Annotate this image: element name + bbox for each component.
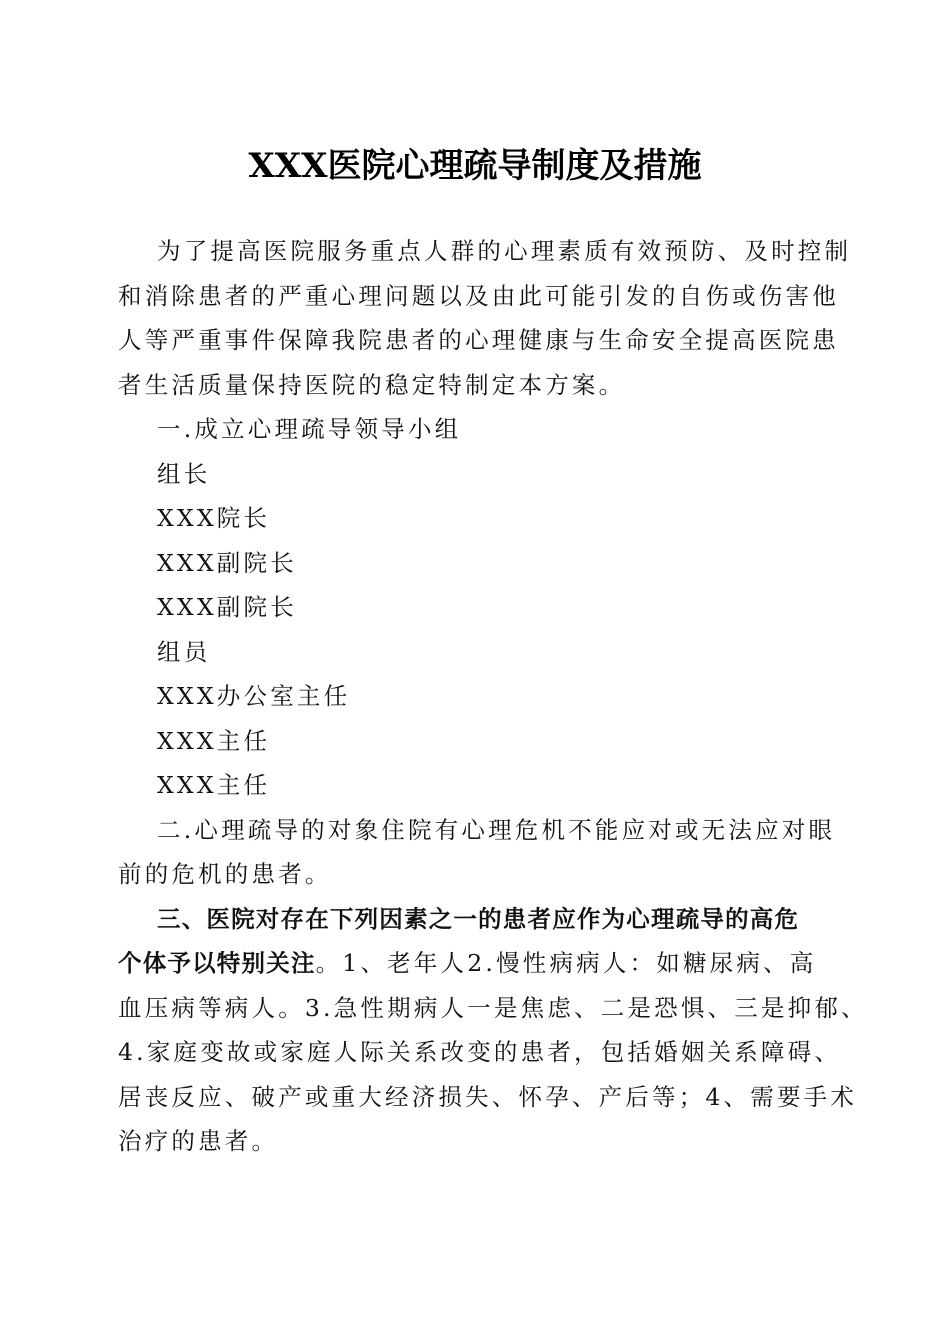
leader-entry: XXX院长	[118, 496, 840, 541]
section3-line: 居丧反应、破产或重大经济损失、怀孕、产后等；4、需要手术	[118, 1075, 840, 1120]
section3-heading: 三、医院对存在下列因素之一的患者应作为心理疏导的高危	[118, 897, 840, 942]
member-entry: XXX主任	[118, 763, 840, 808]
member-entry: XXX主任	[118, 719, 840, 764]
section2-line: 前的危机的患者。	[118, 852, 840, 897]
intro-line: 和消除患者的严重心理问题以及由此可能引发的自伤或伤害他	[118, 274, 840, 319]
leader-entry: XXX副院长	[118, 541, 840, 586]
section2-line: 二.心理疏导的对象住院有心理危机不能应对或无法应对眼	[118, 808, 840, 853]
leader-label: 组长	[118, 452, 840, 497]
section3-line: 治疗的患者。	[118, 1119, 840, 1164]
section3-line: 个体予以特别关注。1、老年人2.慢性病病人：如糖尿病、高	[118, 941, 840, 986]
section1-heading: 一.成立心理疏导领导小组	[118, 407, 840, 452]
document-title: XXX医院心理疏导制度及措施	[0, 138, 950, 187]
section3-line: 4.家庭变故或家庭人际关系改变的患者，包括婚姻关系障碍、	[118, 1030, 840, 1075]
member-label: 组员	[118, 630, 840, 675]
member-entry: XXX办公室主任	[118, 674, 840, 719]
leader-entry: XXX副院长	[118, 585, 840, 630]
section3-text: 。1、老年人2.慢性病病人：如糖尿病、高	[316, 949, 817, 977]
intro-line: 者生活质量保持医院的稳定特制定本方案。	[118, 363, 840, 408]
section3-line: 血压病等病人。3.急性期病人一是焦虑、二是恐惧、三是抑郁、	[118, 986, 840, 1031]
document-body: 为了提高医院服务重点人群的心理素质有效预防、及时控制 和消除患者的严重心理问题以…	[118, 229, 840, 1164]
section3-heading-cont: 个体予以特别关注	[118, 949, 316, 977]
intro-line: 为了提高医院服务重点人群的心理素质有效预防、及时控制	[118, 229, 840, 274]
intro-line: 人等严重事件保障我院患者的心理健康与生命安全提高医院患	[118, 318, 840, 363]
